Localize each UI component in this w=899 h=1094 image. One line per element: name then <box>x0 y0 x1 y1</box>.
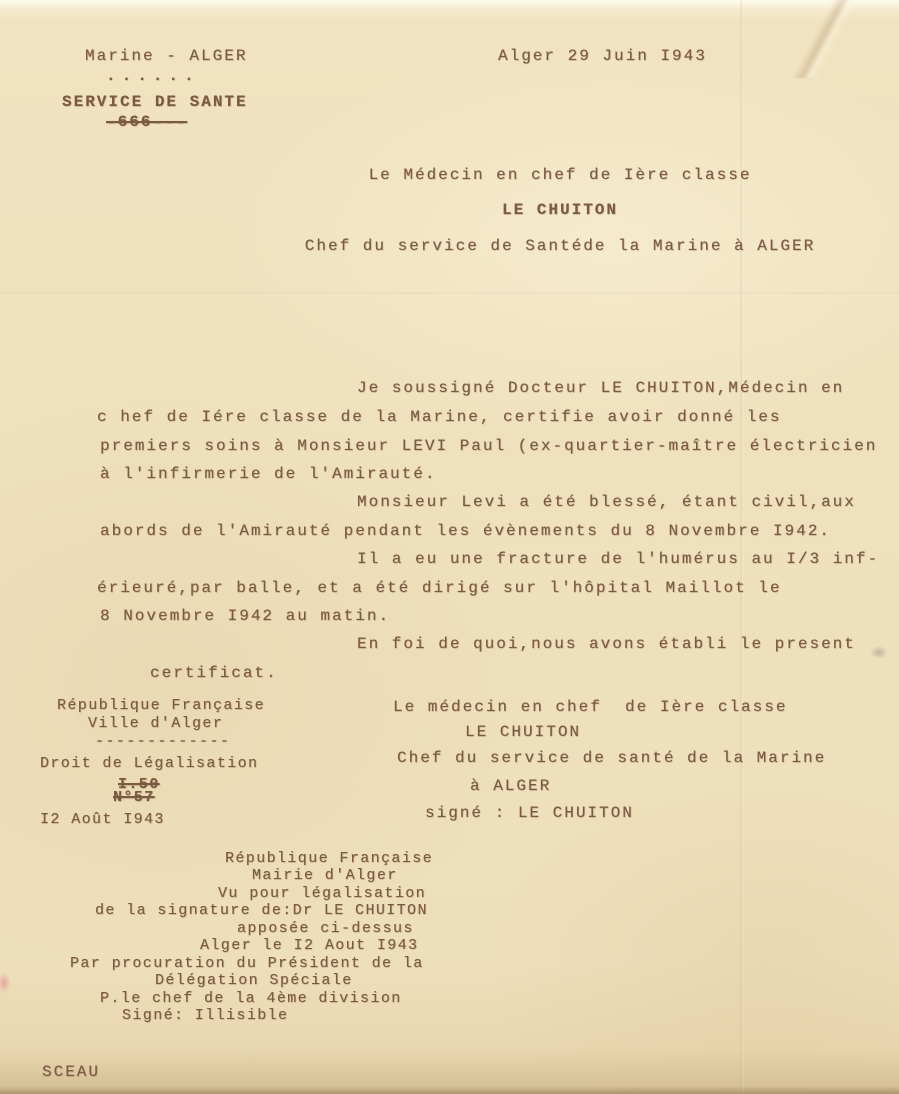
document-page: Marine - ALGER ...... SERVICE DE SANTE -… <box>0 0 899 1094</box>
body-line: En foi de quoi,nous avons établi le pres… <box>357 634 856 654</box>
letterhead-number: -666--- <box>106 112 187 132</box>
mairie-line: P.le chef de la 4ème division <box>100 990 402 1008</box>
body-line: érieuré,par balle, et a été dirigé sur l… <box>97 578 782 598</box>
seal-note: SCEAU <box>42 1062 100 1082</box>
mairie-line: Par procuration du Président de la <box>70 955 424 973</box>
body-line: c hef de Iére classe de la Marine, certi… <box>97 407 782 427</box>
letterhead-service: SERVICE DE SANTE <box>62 92 248 112</box>
signature-line-5: signé : LE CHUITON <box>425 803 634 823</box>
mairie-line: Signé: Illisible <box>122 1007 288 1025</box>
legal-droit: Droit de Légalisation <box>40 755 258 773</box>
body-line: Il a eu une fracture de l'humérus au I/3… <box>357 549 879 569</box>
mairie-line: Alger le I2 Aout I943 <box>200 937 418 955</box>
title-line-3: Chef du service de Santéde la Marine à A… <box>230 236 890 256</box>
pink-stain <box>0 972 11 994</box>
signature-line-3: Chef du service de santé de la Marine <box>397 748 826 768</box>
body-line: 8 Novembre I942 au matin. <box>100 606 390 626</box>
body-line: Monsieur Levi a été blessé, étant civil,… <box>357 492 856 512</box>
signature-line-1: Le médecin en chef de Ière classe <box>393 697 787 717</box>
mairie-line: République Française <box>225 850 433 868</box>
ink-smudge <box>870 646 888 659</box>
date-line: Alger 29 Juin I943 <box>498 46 707 66</box>
legal-republique: République Française <box>57 697 265 715</box>
legal-number: N°57 <box>113 789 155 807</box>
body-line: à l'infirmerie de l'Amirauté. <box>100 464 436 484</box>
paper-bottom-edge <box>0 1086 899 1094</box>
legal-ville: Ville d'Alger <box>88 715 223 733</box>
horizontal-crease <box>0 292 899 296</box>
mairie-line: de la signature de:Dr LE CHUITON <box>95 902 428 920</box>
legal-rule: ------------- <box>95 733 230 751</box>
legal-date: I2 Août I943 <box>40 811 165 829</box>
body-line: premiers soins à Monsieur LEVI Paul (ex-… <box>100 436 877 456</box>
letterhead-org: Marine - ALGER <box>85 46 247 66</box>
body-line: abords de l'Amirauté pendant les évèneme… <box>100 521 831 541</box>
mairie-line: Délégation Spéciale <box>155 972 353 990</box>
letterhead-dots: ...... <box>106 66 200 86</box>
title-line-1: Le Médecin en chef de Ière classe <box>230 165 890 185</box>
corner-crease <box>749 0 899 78</box>
mairie-line: Vu pour légalisation <box>218 885 426 903</box>
body-line: Je soussigné Docteur LE CHUITON,Médecin … <box>357 378 844 398</box>
signature-line-4: à ALGER <box>470 776 551 796</box>
title-line-2: LE CHUITON <box>230 200 890 220</box>
signature-line-2: LE CHUITON <box>465 722 581 742</box>
mairie-line: apposée ci-dessus <box>237 920 414 938</box>
mairie-line: Mairie d'Alger <box>252 867 398 885</box>
body-line: certificat. <box>150 663 278 683</box>
